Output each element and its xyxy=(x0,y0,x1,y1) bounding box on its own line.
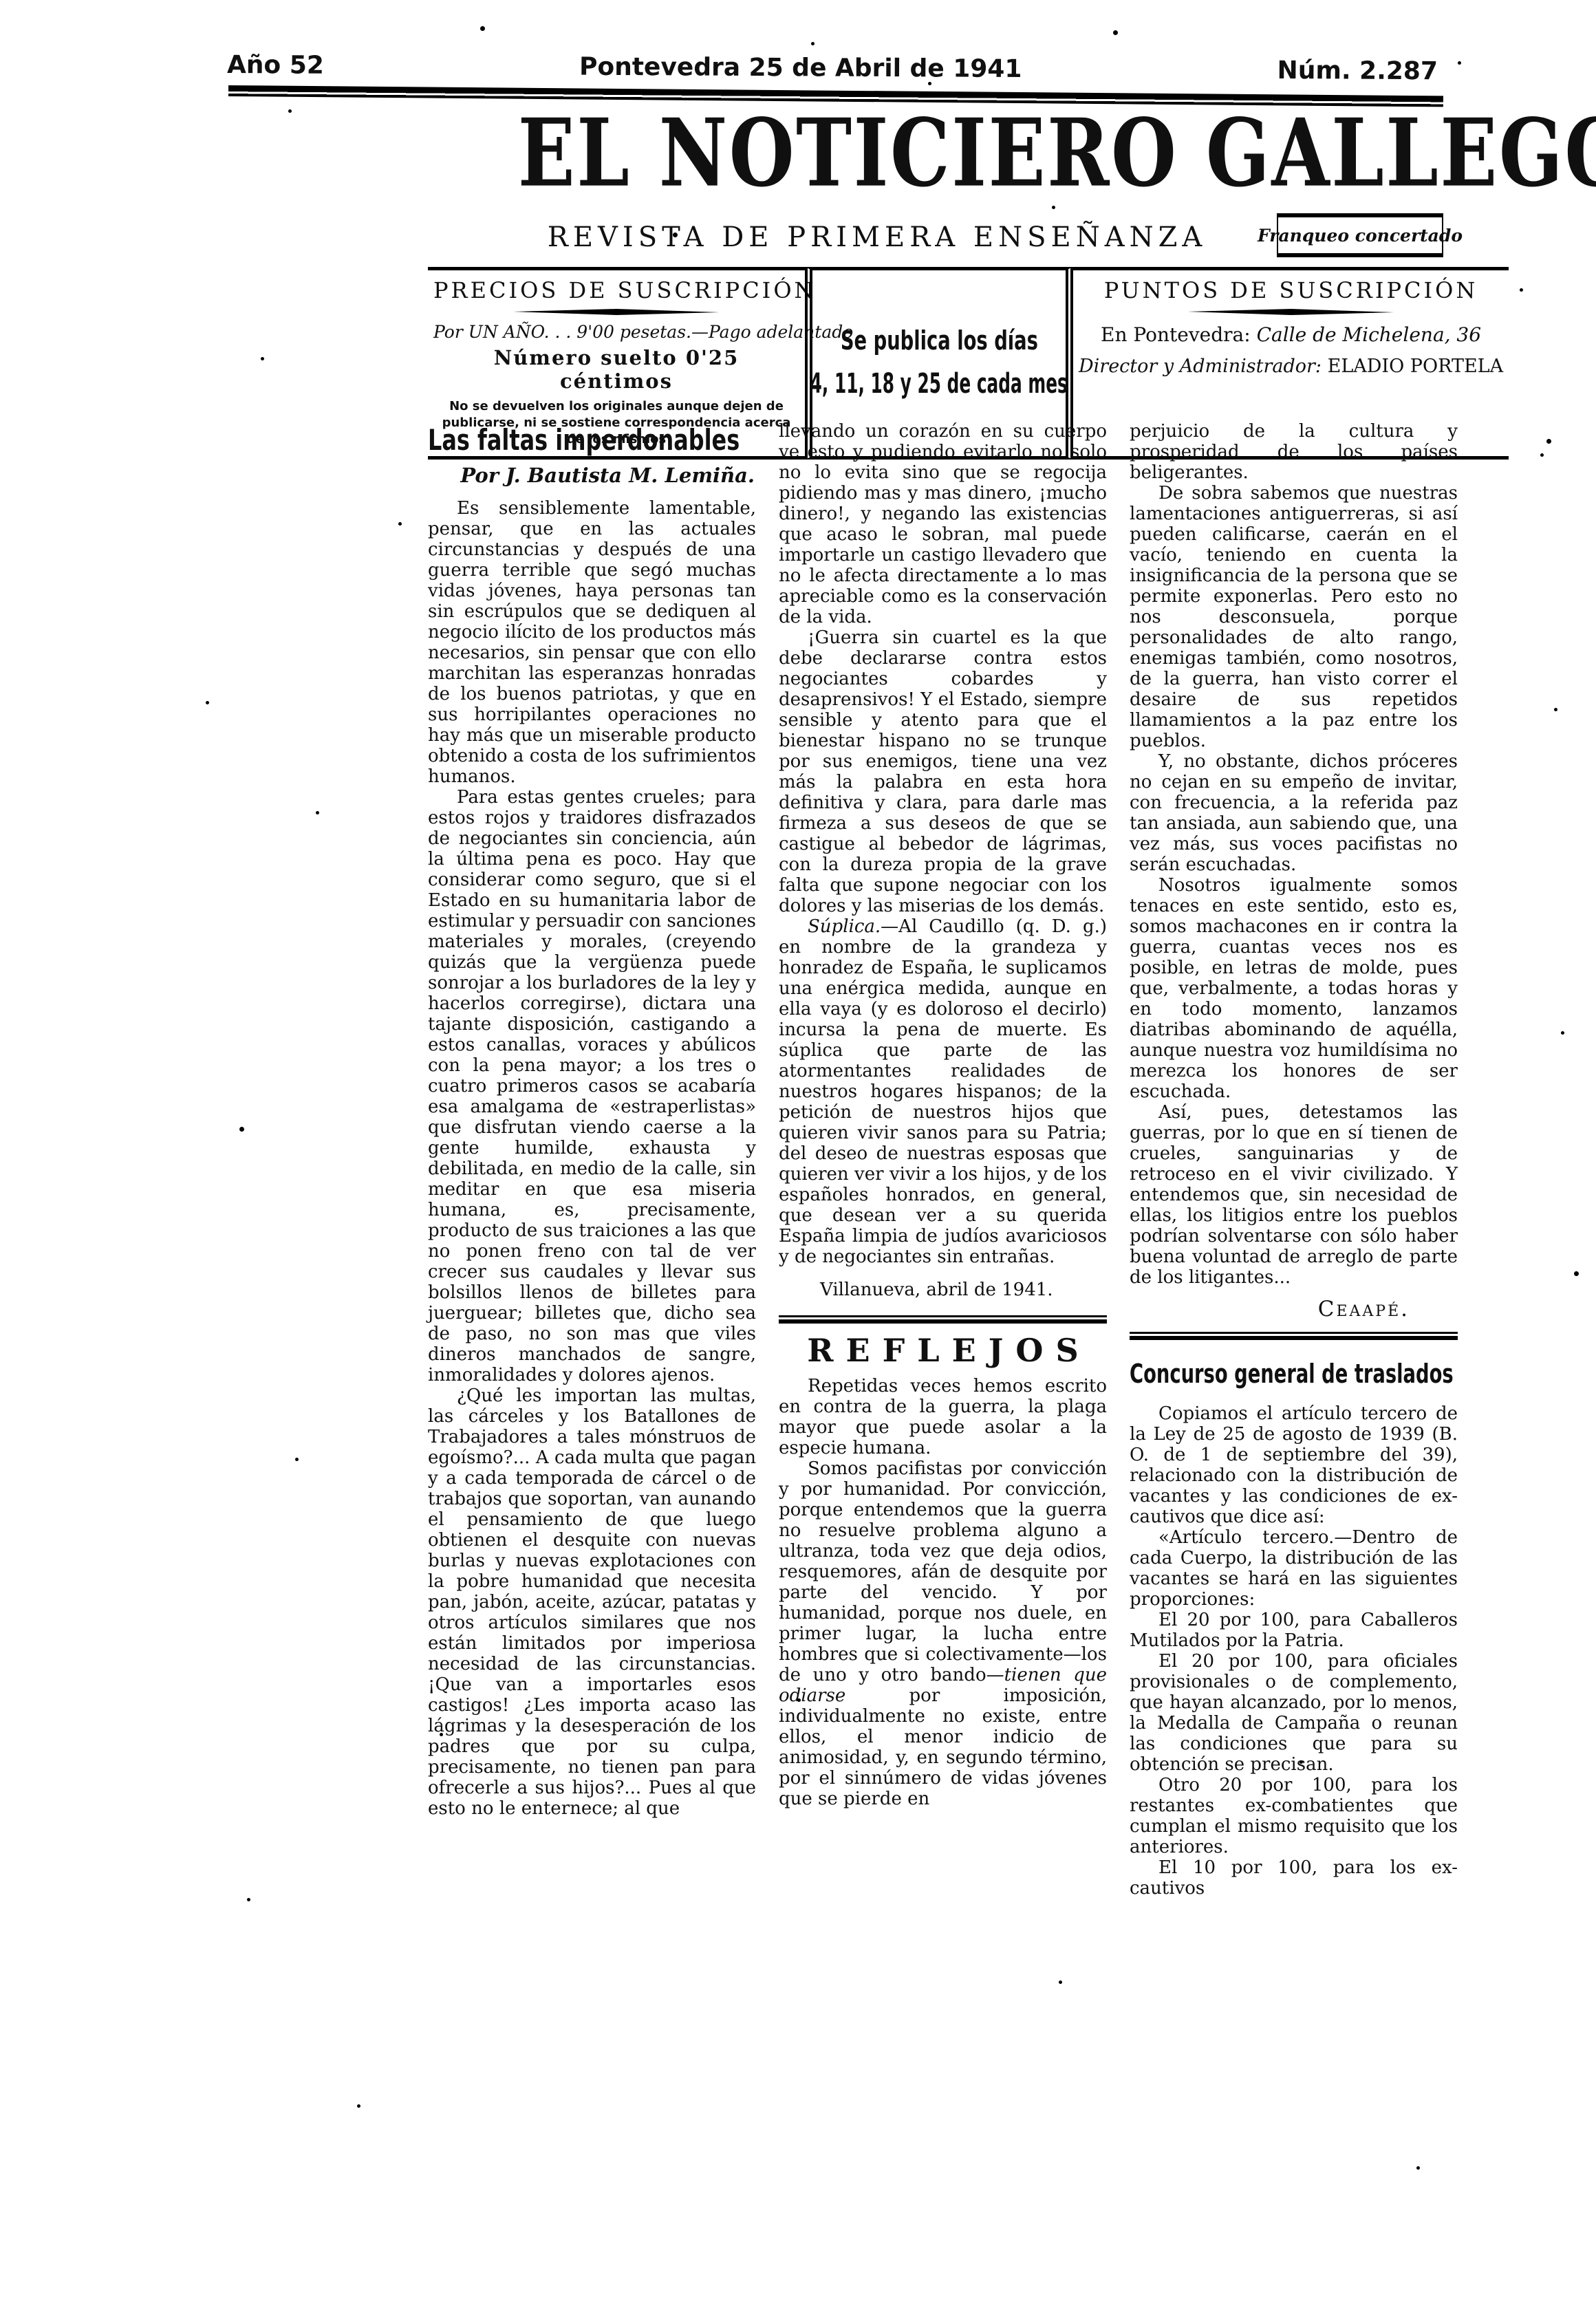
director-name: ELADIO PORTELA xyxy=(1328,356,1503,377)
article-paragraph: De sobra sabemos que nuestras lamentacio… xyxy=(1130,483,1458,751)
article-paragraph: Repetidas veces hemos escrito en contra … xyxy=(779,1376,1107,1458)
column-3: perjuicio de la cultura y prosperidad de… xyxy=(1130,421,1458,1899)
publication-days-lead: Se publica los días xyxy=(840,325,1037,356)
price-single-issue-line: Número suelto 0'25 céntimos xyxy=(433,346,799,393)
article-paragraph: Somos pacifistas por convicción y por hu… xyxy=(779,1458,1107,1809)
article-paragraph: El 20 por 100, para Caballeros Mutilados… xyxy=(1130,1610,1458,1651)
director-line: Director y Administrador: ELADIO PORTELA xyxy=(1079,356,1503,377)
prices-box-title: PRECIOS DE SUSCRIPCIÓN xyxy=(433,277,799,303)
article-byline: Por J. Bautista M. Lemiña. xyxy=(428,465,755,486)
article-paragraph-suplica: Súplica.—Al Caudillo (q. D. g.) en nombr… xyxy=(779,916,1107,1267)
points-box-title: PUNTOS DE SUSCRIPCIÓN xyxy=(1079,277,1503,303)
article-paragraph: perjuicio de la cultura y prosperidad de… xyxy=(1130,421,1458,483)
article-title-faltas-text: Las faltas imperdonables xyxy=(428,422,740,458)
article-columns: Las faltas imperdonables Por J. Bautista… xyxy=(428,421,1458,1899)
franqueo-concertado-box: Franqueo concertado xyxy=(1277,213,1443,257)
article-title-reflejos: REFLEJOS xyxy=(779,1340,1107,1361)
article-paragraph: ¡Guerra sin cuartel es la que debe decla… xyxy=(779,627,1107,916)
edition-line: Año 52 Pontevedra 25 de Abril de 1941 Nú… xyxy=(227,51,1438,85)
swelled-rule-ornament xyxy=(513,309,720,315)
article-paragraph: Para estas gentes crueles; para estos ro… xyxy=(428,787,756,1385)
points-address-line: En Pontevedra: Calle de Michelena, 36 xyxy=(1079,323,1503,346)
article-paragraph: El 20 por 100, para oficiales provisiona… xyxy=(1130,1651,1458,1775)
edition-number: Núm. 2.287 xyxy=(1277,56,1438,85)
article-paragraph: «Artículo tercero.—Dentro de cada Cuerpo… xyxy=(1130,1527,1458,1610)
suplica-body: Al Caudillo (q. D. g.) en nombre de la g… xyxy=(779,916,1107,1267)
article-paragraph: Y, no obstante, dichos próceres no cejan… xyxy=(1130,751,1458,875)
masthead-title-text: EL NOTICIERO GALLEGO xyxy=(518,99,1596,208)
article-paragraph: ¿Qué les importan las multas, las cárcel… xyxy=(428,1385,756,1819)
edition-year: Año 52 xyxy=(227,51,324,80)
section-divider-rule xyxy=(1130,1332,1458,1340)
column-2: llevando un corazón en su cuerpo ve esto… xyxy=(779,421,1107,1899)
points-address-label: En Pontevedra: xyxy=(1101,323,1251,346)
swelled-rule-ornament xyxy=(1188,309,1394,315)
director-label: Director y Administrador: xyxy=(1079,356,1322,377)
article-paragraph: Así, pues, detestamos las guerras, por l… xyxy=(1130,1102,1458,1288)
column-1: Las faltas imperdonables Por J. Bautista… xyxy=(428,421,756,1899)
article-paragraph: Copiamos el artículo tercero de la Ley d… xyxy=(1130,1403,1458,1527)
article-title-concurso: Concurso general de traslados xyxy=(1130,1357,1458,1391)
article-paragraph: Nosotros igualmente somos tenaces en est… xyxy=(1130,875,1458,1102)
section-divider-rule xyxy=(779,1315,1107,1324)
suplica-lead: Súplica.— xyxy=(808,916,898,937)
newspaper-page: Año 52 Pontevedra 25 de Abril de 1941 Nú… xyxy=(0,0,1596,2299)
article-paragraph: El 10 por 100, para los ex-cautivos xyxy=(1130,1857,1458,1899)
edition-date: Pontevedra 25 de Abril de 1941 xyxy=(579,53,1022,83)
publication-days-dates: 4, 11, 18 y 25 de cada mes xyxy=(810,368,1068,400)
article-dateline: Villanueva, abril de 1941. xyxy=(820,1280,1107,1300)
reflejos-p2-start: Somos pacifistas por convicción y por hu… xyxy=(779,1458,1107,1685)
article-signature: Ceaapé. xyxy=(1130,1299,1458,1319)
points-address-value: Calle de Michelena, 36 xyxy=(1257,323,1481,346)
masthead-subtitle: REVISTA DE PRIMERA ENSEÑANZA xyxy=(482,222,1273,253)
masthead-title: EL NOTICIERO GALLEGO xyxy=(420,102,1458,205)
article-paragraph: Es sensiblemente lamentable, pensar, que… xyxy=(428,498,756,787)
article-paragraph: Otro 20 por 100, para los restantes ex-c… xyxy=(1130,1775,1458,1857)
scan-noise-speckles xyxy=(0,0,2,2)
article-title-concurso-text: Concurso general de traslados xyxy=(1130,1357,1454,1391)
article-paragraph: llevando un corazón en su cuerpo ve esto… xyxy=(779,421,1107,627)
price-year-line: Por UN AÑO. . . 9'00 pesetas.—Pago adela… xyxy=(433,322,799,342)
article-title-faltas: Las faltas imperdonables xyxy=(428,422,756,458)
